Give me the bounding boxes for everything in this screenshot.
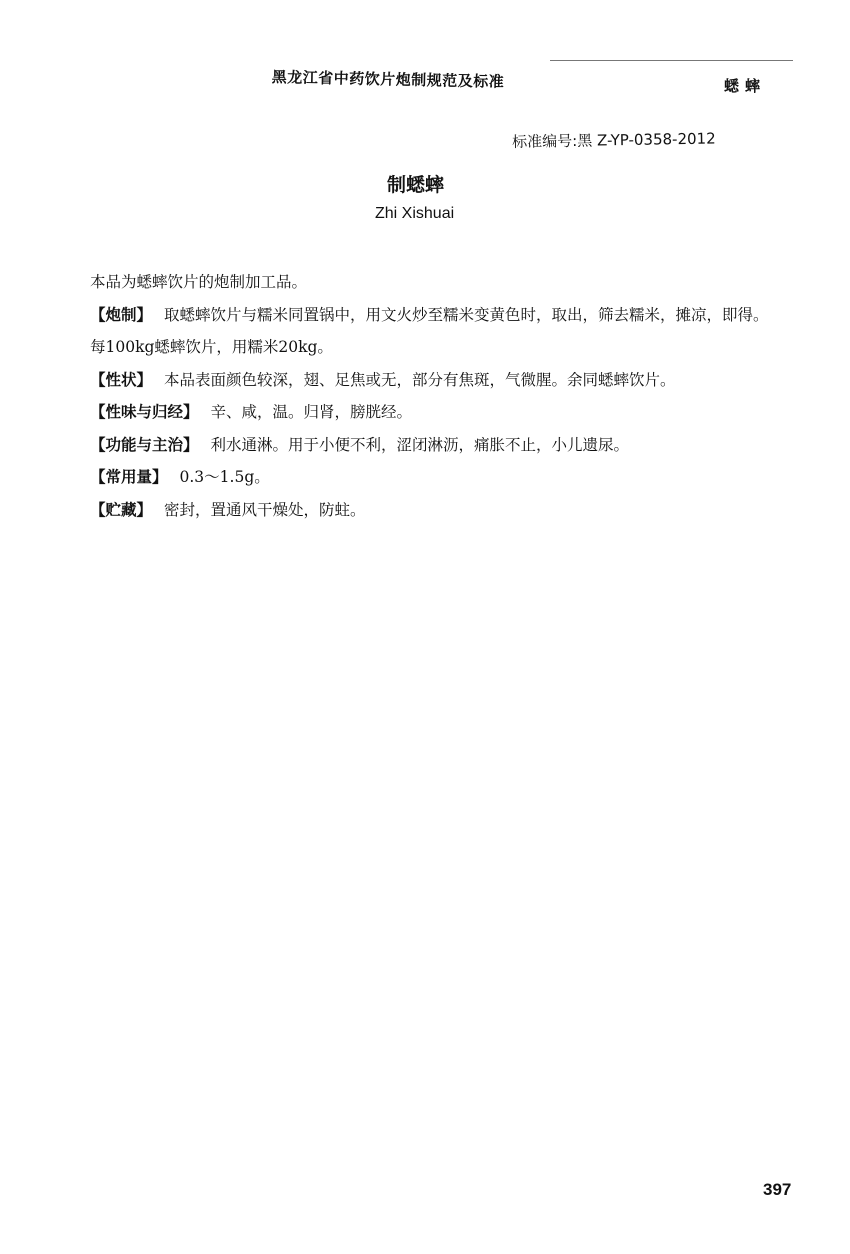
monograph-pinyin: Zhi Xishuai: [375, 205, 454, 223]
page-number: 397: [763, 1180, 791, 1200]
section-label: 【贮藏】: [90, 501, 152, 519]
paragraph-processing: 【炮制】取蟋蟀饮片与糯米同置锅中，用文火炒至糯米变黄色时，取出，筛去糯米，摊凉，…: [58, 299, 788, 332]
header-rule: [550, 60, 793, 61]
section-label: 【常用量】: [90, 468, 168, 486]
paragraph-dosage: 【常用量】0.3～1.5g。: [58, 461, 788, 494]
running-head-book-title: 黑龙江省中药饮片炮制规范及标准: [272, 66, 505, 92]
monograph-title: 制蟋蟀: [387, 170, 444, 197]
standard-number: 标准编号:黑 Z-YP-0358-2012: [512, 127, 716, 152]
section-label: 【炮制】: [90, 306, 152, 324]
paragraph-nature-meridian: 【性味与归经】辛、咸，温。归肾，膀胱经。: [58, 396, 788, 429]
section-label: 【性味与归经】: [90, 403, 199, 421]
paragraph-description: 【性状】本品表面颜色较深，翅、足焦或无，部分有焦斑，气微腥。余同蟋蟀饮片。: [58, 364, 788, 397]
paragraph-ratio: 每100kg蟋蟀饮片，用糯米20kg。: [58, 331, 788, 364]
running-head-section: 蟋蟀: [724, 75, 766, 96]
monograph-body: 本品为蟋蟀饮片的炮制加工品。 【炮制】取蟋蟀饮片与糯米同置锅中，用文火炒至糯米变…: [58, 266, 788, 526]
paragraph-intro: 本品为蟋蟀饮片的炮制加工品。: [58, 266, 788, 299]
section-label: 【功能与主治】: [90, 436, 199, 454]
section-label: 【性状】: [90, 371, 152, 389]
paragraph-storage: 【贮藏】密封，置通风干燥处，防蛀。: [58, 494, 788, 527]
paragraph-function: 【功能与主治】利水通淋。用于小便不利，涩闭淋沥，痛胀不止，小儿遗尿。: [58, 429, 788, 462]
